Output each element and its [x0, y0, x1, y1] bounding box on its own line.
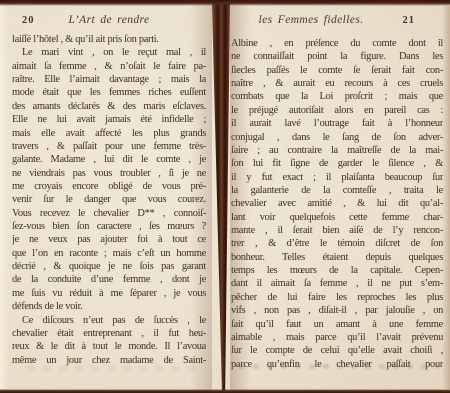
- text-line: décrié , & quoique je ne ſois pas garant: [12, 260, 206, 273]
- page-text-left: laiſſé l’hôtel , & qu’il ait pris ſon pa…: [12, 33, 206, 367]
- text-line: la galanterie de la comteſſe , traita le: [231, 184, 443, 197]
- text-line: ſiecles paſſés le comte ſe ſerait fait c…: [231, 64, 443, 77]
- text-line: même un jour chez madame de Saint-: [12, 354, 206, 367]
- page-left: 20 L’Art de rendre laiſſé l’hôtel , & qu…: [12, 6, 206, 389]
- text-line: ſon lui fit ſigne de garder le ſilence ,…: [231, 157, 443, 170]
- book-photo: 20 L’Art de rendre laiſſé l’hôtel , & qu…: [0, 0, 450, 393]
- text-line: raître. Elle l’aimait davantage ; mais l…: [12, 73, 206, 86]
- text-line: mais elle avait affecté les plus grands: [12, 127, 206, 140]
- text-line: ſait qu’il faut un amant à une femme: [231, 318, 443, 331]
- text-line: trer , & d’être le témoin diſcret de ſon: [231, 237, 443, 250]
- showthrough-marks-right: [239, 364, 439, 369]
- text-line: il y fut exact ; il plaiſanta beaucoup ſ…: [231, 171, 443, 184]
- text-line: galante. Madame , lui dit le comte , je: [12, 153, 206, 166]
- page-text-right: Albine , en préſence du comte dont ilne …: [231, 37, 443, 371]
- page-right: les Femmes fidelles. 21 Albine , en préſ…: [231, 6, 443, 389]
- text-line: travers , & paſſait pour une femme très-: [12, 140, 206, 153]
- text-line: ſaire ; au contraire la maîtreſſe de la …: [231, 144, 443, 157]
- page-number-right: 21: [403, 15, 416, 26]
- text-line: vifs , non pas , diſait-il , par jalouſi…: [231, 304, 443, 317]
- page-header-right: les Femmes fidelles. 21: [231, 14, 443, 30]
- text-line: chevalier était entreprenant , il fut he…: [12, 327, 206, 340]
- text-line: combats que la Loi proſcrit ; mais que: [231, 90, 443, 103]
- text-line: laiſſé l’hôtel , & qu’il ait pris ſon pa…: [12, 33, 206, 46]
- text-line: Vous recevez le chevalier D** , connoiſ-: [12, 207, 206, 220]
- text-line: mode était que les femmes riches euſſent: [12, 86, 206, 99]
- text-line: mante , il ſerait bien aiſé de l’y renco…: [231, 224, 443, 237]
- text-line: Ce diſcours n’eut pas de ſuccès , le: [12, 314, 206, 327]
- text-line: ne viendrais pas vous troubler , ſi je n…: [12, 167, 206, 180]
- text-line: il aurait lavé l’outrage fait à l’honneu…: [231, 117, 443, 130]
- text-line: chevalier avec amitié , & lui dit qu’al-: [231, 197, 443, 210]
- text-line: des amants déclarés & des maris eſclaves…: [12, 100, 206, 113]
- text-line: lant voir quelquefois cette femme char-: [231, 211, 443, 224]
- text-line: reux & le dit à tout le monde. Il l’avou…: [12, 340, 206, 353]
- text-line: ſur le compte de celui qu’elle avait cho…: [231, 344, 443, 357]
- text-line: bonheur. Telles étaient depuis quelques: [231, 251, 443, 264]
- text-line: me ſuis vu réduit à me ſéparer , je vous: [12, 287, 206, 300]
- text-line: Le mari vint , on le reçut mal , il: [12, 46, 206, 59]
- text-line: de la conduite d’une femme , dont je: [12, 273, 206, 286]
- text-line: ne connaiſſait point la figure. Dans les: [231, 50, 443, 63]
- text-line: me croyais encore obligé de vous pré-: [12, 180, 206, 193]
- page-edge-shade: [442, 6, 450, 389]
- text-line: aimait ſa femme , & n’oſait le faire pa-: [12, 60, 206, 73]
- text-line: que l’on en raconte ; mais c’eſt un homm…: [12, 247, 206, 260]
- page-header-left: 20 L’Art de rendre: [12, 14, 206, 30]
- text-line: Elle ne lui avait jamais été infidelle ;: [12, 113, 206, 126]
- text-line: venir ſur le danger que vous courez.: [12, 193, 206, 206]
- running-title-left: L’Art de rendre: [12, 14, 206, 26]
- page-edge-highlight: [0, 6, 9, 389]
- showthrough-marks-left: [26, 366, 196, 371]
- text-line: je ne veux pas ajouter foi à tout ce: [12, 233, 206, 246]
- text-line: pêcher de lui faire les reproches les pl…: [231, 291, 443, 304]
- text-line: Albine , en préſence du comte dont il: [231, 37, 443, 50]
- text-line: le préjugé autoriſait alors en pareil ca…: [231, 104, 443, 117]
- gutter-shadow-right: [230, 0, 250, 393]
- text-line: ſez-vous bien ſon caractere , ſes mœurs …: [12, 220, 206, 233]
- gutter-shadow-left: [190, 0, 212, 393]
- book-edge-top: [0, 0, 450, 6]
- text-line: dant il aimait ſa femme , il ne put s’em…: [231, 277, 443, 290]
- text-line: temps les mœurs de la capitale. Cepen-: [231, 264, 443, 277]
- text-line: naître , & aurait eu recours à ces cruel…: [231, 77, 443, 90]
- text-line: conjugal , dans le ſang de ſon adver-: [231, 131, 443, 144]
- book-edge-bottom: [0, 389, 450, 393]
- text-line: défends de le voir.: [12, 300, 206, 313]
- page-number-left: 20: [22, 15, 35, 26]
- text-line: aimable , mais parce qu’il l’avait préve…: [231, 331, 443, 344]
